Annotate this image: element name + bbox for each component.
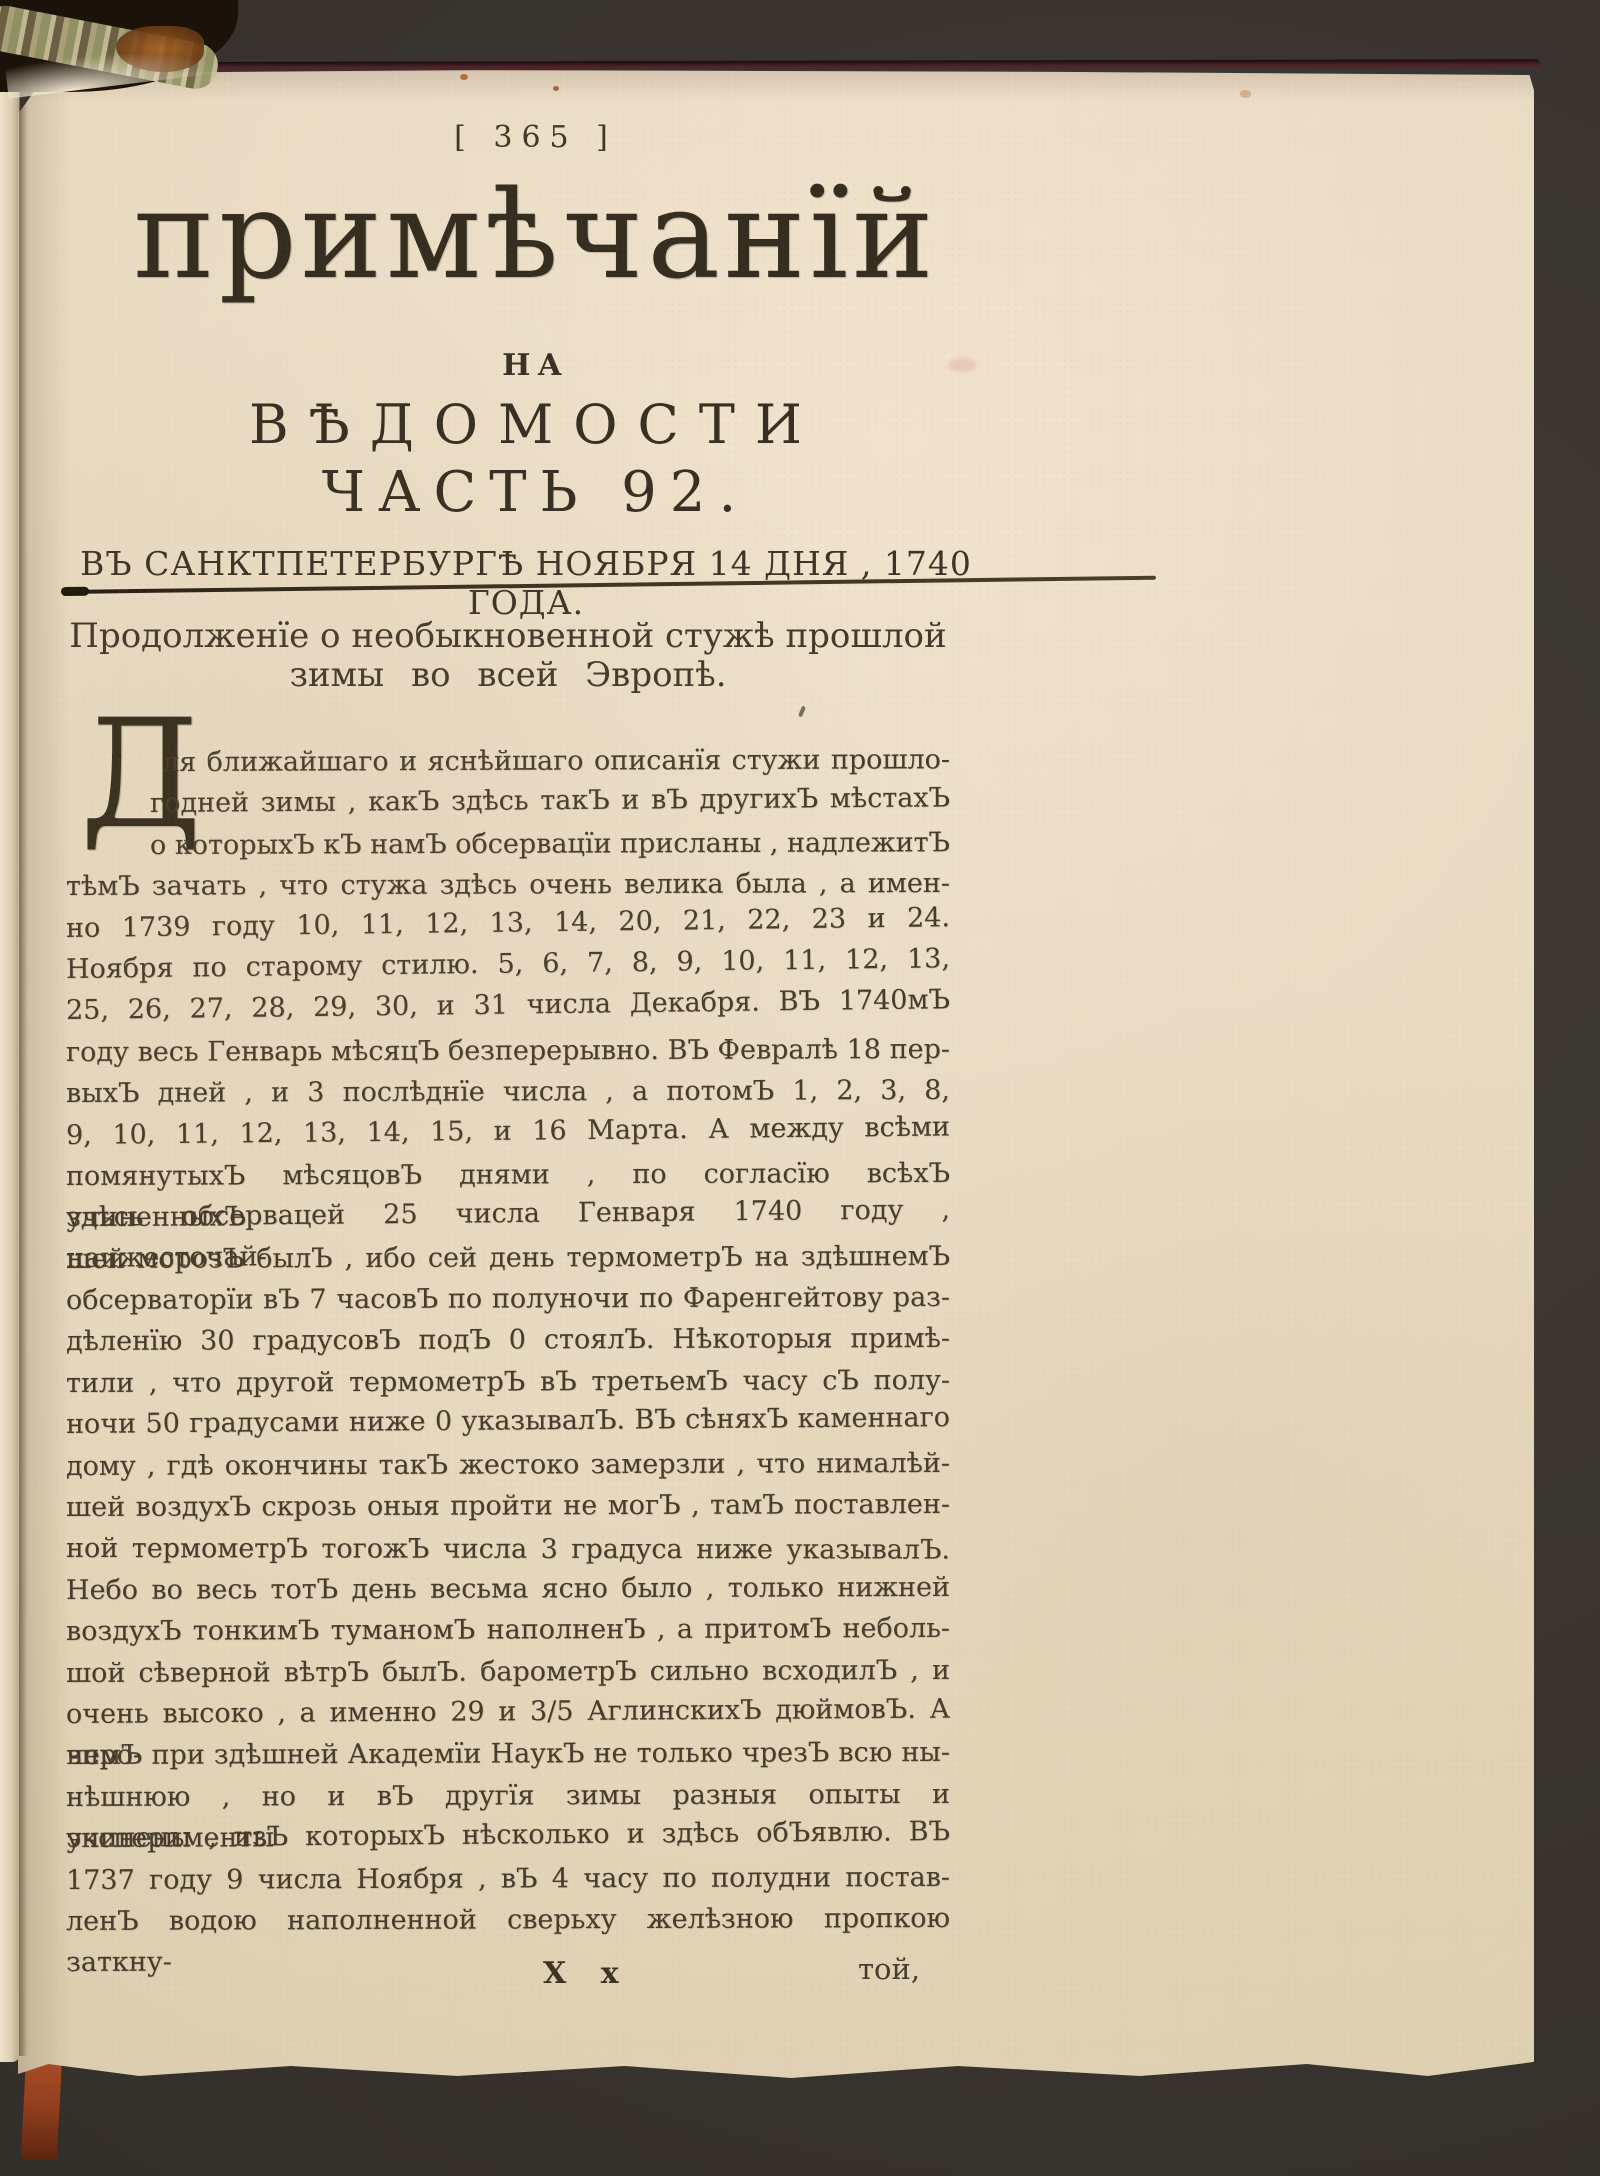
paper-stain: [1240, 90, 1251, 98]
body-line: очень высоко , а именно 29 и 3/5 Аглинск…: [66, 1689, 950, 1736]
article-body: ля ближайшаго и яснѣйшаго описанїя стужи…: [66, 742, 950, 1942]
book-page: [ 365 ] примѣчанїй НА ВѢДОМОСТИ ЧАСТЬ 92…: [18, 70, 1534, 2078]
body-line: учинены , изЪ которыхЪ нѣсколько и здѣсь…: [66, 1811, 950, 1859]
masthead-preposition: НА: [68, 348, 1003, 383]
ink-fleck: [798, 706, 806, 718]
body-line: чемЪ при здѣшней Академїи НаукЪ не тольк…: [66, 1732, 950, 1776]
body-line: 1737 году 9 числа Ноября , вЪ 4 часу по …: [66, 1856, 950, 1900]
body-line: шой сѣверной вѣтрЪ былЪ. барометрЪ сильн…: [66, 1650, 950, 1694]
page-gutter-shadow: [19, 78, 28, 2056]
masthead-title: примѣчанїй: [68, 174, 1003, 296]
body-line: здѣсь обсервацей 25 числа Генваря 1740 г…: [66, 1190, 950, 1239]
body-line: ленЪ водою наполненной сверьху желѣзною …: [66, 1898, 950, 1942]
body-line: годней зимы , какЪ здѣсь такЪ и вЪ други…: [150, 778, 950, 825]
body-line: 9, 10, 11, 12, 13, 14, 15, и 16 Марта. А…: [66, 1106, 950, 1156]
body-line: ля ближайшаго и яснѣйшаго описанїя стужи…: [162, 739, 950, 783]
body-line: дѣленїю 30 градусовЪ подЪ 0 стоялЪ. Нѣко…: [66, 1318, 950, 1362]
body-line: обсерваторїи вЪ 7 часовЪ по полуночи по …: [66, 1277, 950, 1321]
page-top-shadow: [188, 59, 1540, 72]
body-line: дому , гдѣ окончины такЪ жестоко замерзл…: [66, 1443, 950, 1487]
masthead-part-number: ЧАСТЬ 92.: [68, 460, 1003, 525]
catchword: той,: [858, 1952, 920, 1986]
adjacent-page-edge: [0, 64, 20, 2062]
body-line: году весь Генварь мѣсяцЪ безперерывно. В…: [66, 1029, 950, 1073]
body-line: ночи 50 градусами ниже 0 указывалЪ. ВЪ с…: [66, 1397, 950, 1445]
body-line: шей воздухЪ скрозь оныя пройти не могЪ ,…: [66, 1484, 950, 1528]
scanned-book-photo: [ 365 ] примѣчанїй НА ВѢДОМОСТИ ЧАСТЬ 92…: [0, 0, 1600, 2176]
body-line: воздухЪ тонкимЪ туманомЪ наполненЪ , а п…: [66, 1608, 950, 1652]
body-line: ной термометрЪ тогожЪ числа 3 градуса ни…: [66, 1528, 950, 1571]
rust-stain: [460, 74, 468, 80]
body-line: шей морозЪ былЪ , ибо сей день термометр…: [66, 1236, 950, 1280]
article-heading-line1: Продолженїе о необыкновенной стужѣ прошл…: [48, 616, 968, 656]
rust-stain: [553, 86, 559, 91]
signature-mark: X x: [543, 1956, 631, 1991]
body-line: о которыхЪ кЪ намЪ обсервацїи присланы ,…: [150, 822, 950, 866]
masthead-publication: ВѢДОМОСТИ: [68, 393, 1003, 456]
page-number: [ 365 ]: [68, 120, 1003, 155]
body-line: Небо во весь тотЪ день весьма ясно было …: [66, 1567, 950, 1611]
